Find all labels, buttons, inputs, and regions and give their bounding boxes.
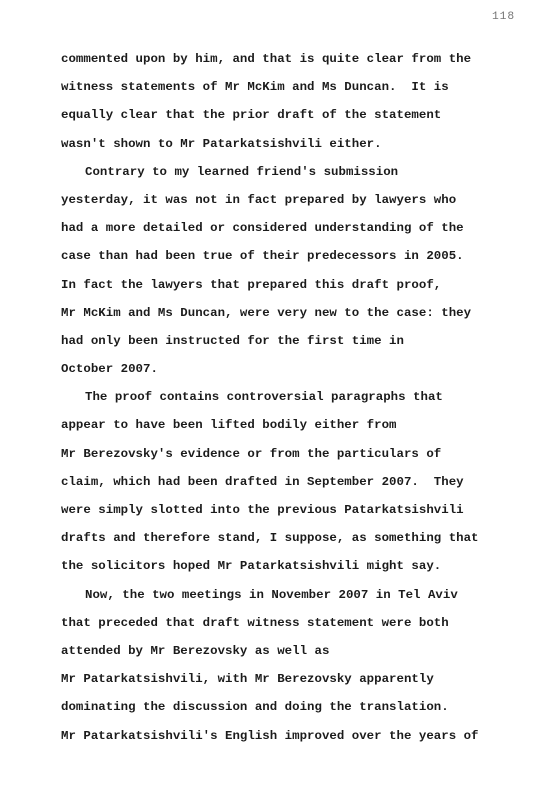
transcript-body: commented upon by him, and that is quite… (61, 45, 531, 750)
text-line: equally clear that the prior draft of th… (61, 101, 531, 129)
text-line: appear to have been lifted bodily either… (61, 411, 531, 439)
text-line: case than had been true of their predece… (61, 242, 531, 270)
text-line: that preceded that draft witness stateme… (61, 609, 531, 637)
text-line: In fact the lawyers that prepared this d… (61, 271, 531, 299)
text-line: dominating the discussion and doing the … (61, 693, 531, 721)
text-line: Mr Patarkatsishvili's English improved o… (61, 722, 531, 750)
text-line: Mr McKim and Ms Duncan, were very new to… (61, 299, 531, 327)
text-line: were simply slotted into the previous Pa… (61, 496, 531, 524)
text-line: October 2007. (61, 355, 531, 383)
text-line: wasn't shown to Mr Patarkatsishvili eith… (61, 130, 531, 158)
text-line: Now, the two meetings in November 2007 i… (61, 581, 531, 609)
text-line: commented upon by him, and that is quite… (61, 45, 531, 73)
page-number: 118 (492, 11, 515, 23)
text-line: attended by Mr Berezovsky as well as (61, 637, 531, 665)
text-line: yesterday, it was not in fact prepared b… (61, 186, 531, 214)
text-line: Mr Berezovsky's evidence or from the par… (61, 440, 531, 468)
text-line: drafts and therefore stand, I suppose, a… (61, 524, 531, 552)
text-line: Mr Patarkatsishvili, with Mr Berezovsky … (61, 665, 531, 693)
text-line: the solicitors hoped Mr Patarkatsishvili… (61, 552, 531, 580)
text-line: witness statements of Mr McKim and Ms Du… (61, 73, 531, 101)
text-line: The proof contains controversial paragra… (61, 383, 531, 411)
text-line: Contrary to my learned friend's submissi… (61, 158, 531, 186)
text-line: claim, which had been drafted in Septemb… (61, 468, 531, 496)
text-line: had a more detailed or considered unders… (61, 214, 531, 242)
text-line: had only been instructed for the first t… (61, 327, 531, 355)
